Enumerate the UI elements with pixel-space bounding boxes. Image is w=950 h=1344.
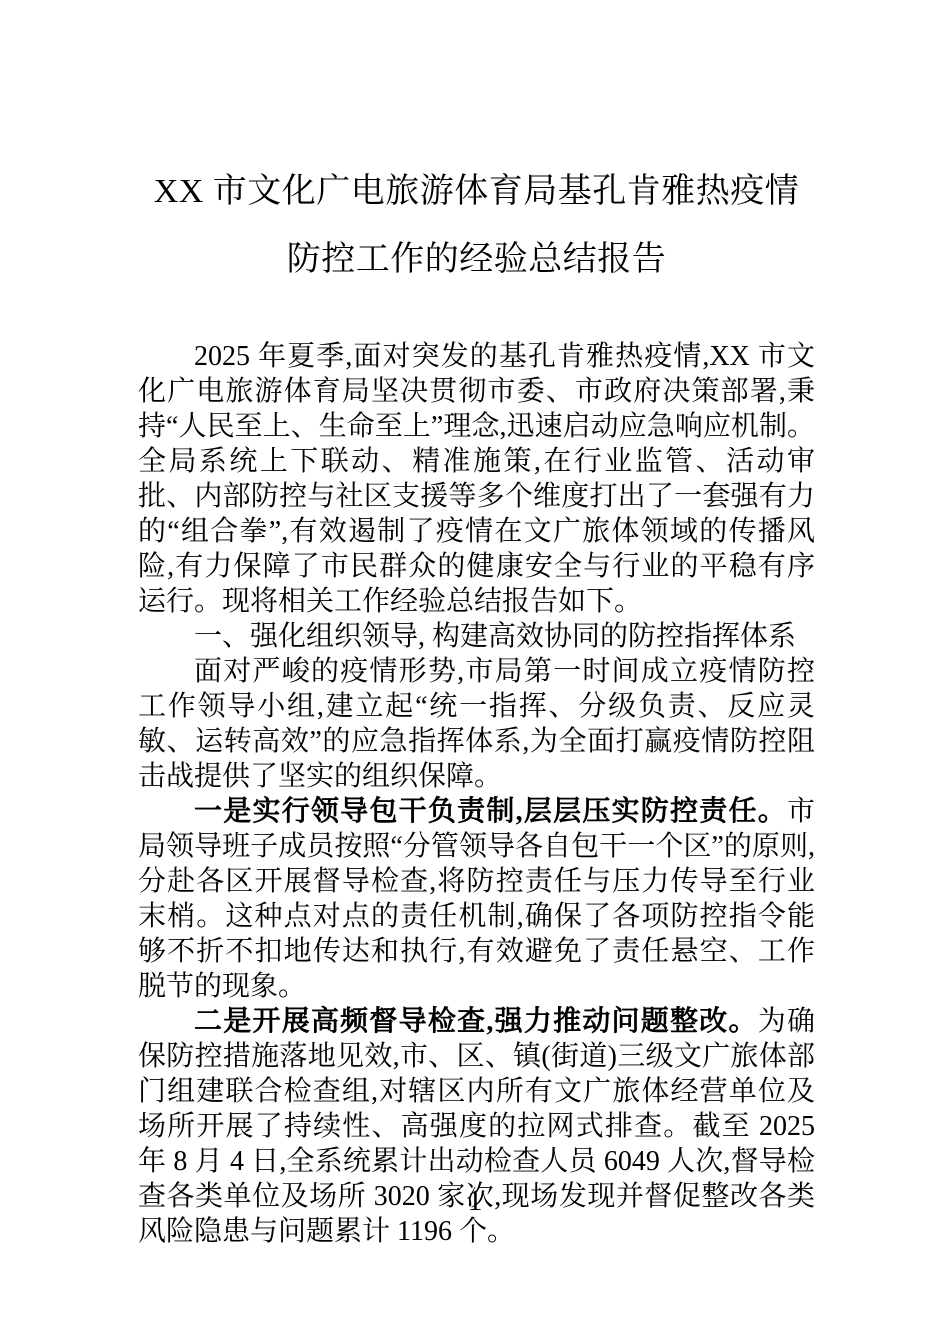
page-number: 1 bbox=[0, 1184, 950, 1218]
intro-paragraph: 2025 年夏季,面对突发的基孔肯雅热疫情,XX 市文化广电旅游体育局坚决贯彻市… bbox=[138, 339, 815, 619]
document-title-line-2: 防控工作的经验总结报告 bbox=[138, 226, 815, 294]
document-page: XX 市文化广电旅游体育局基孔肯雅热疫情 防控工作的经验总结报告 2025 年夏… bbox=[0, 0, 950, 1344]
point-1-paragraph: 一是实行领导包干负责制,层层压实防控责任。市局领导班子成员按照“分管领导各自包干… bbox=[138, 794, 815, 1004]
point-2-bold-lead: 二是开展高频督导检查,强力推动问题整改。 bbox=[194, 1006, 758, 1037]
document-title-line-1: XX 市文化广电旅游体育局基孔肯雅热疫情 bbox=[138, 158, 815, 226]
document-content: XX 市文化广电旅游体育局基孔肯雅热疫情 防控工作的经验总结报告 2025 年夏… bbox=[138, 158, 815, 1249]
point-1-bold-lead: 一是实行领导包干负责制,层层压实防控责任。 bbox=[194, 796, 787, 827]
section-1-heading: 一、强化组织领导, 构建高效协同的防控指挥体系 bbox=[138, 619, 815, 654]
section-1-paragraph: 面对严峻的疫情形势,市局第一时间成立疫情防控工作领导小组,建立起“统一指挥、分级… bbox=[138, 654, 815, 794]
document-title: XX 市文化广电旅游体育局基孔肯雅热疫情 防控工作的经验总结报告 bbox=[138, 158, 815, 294]
